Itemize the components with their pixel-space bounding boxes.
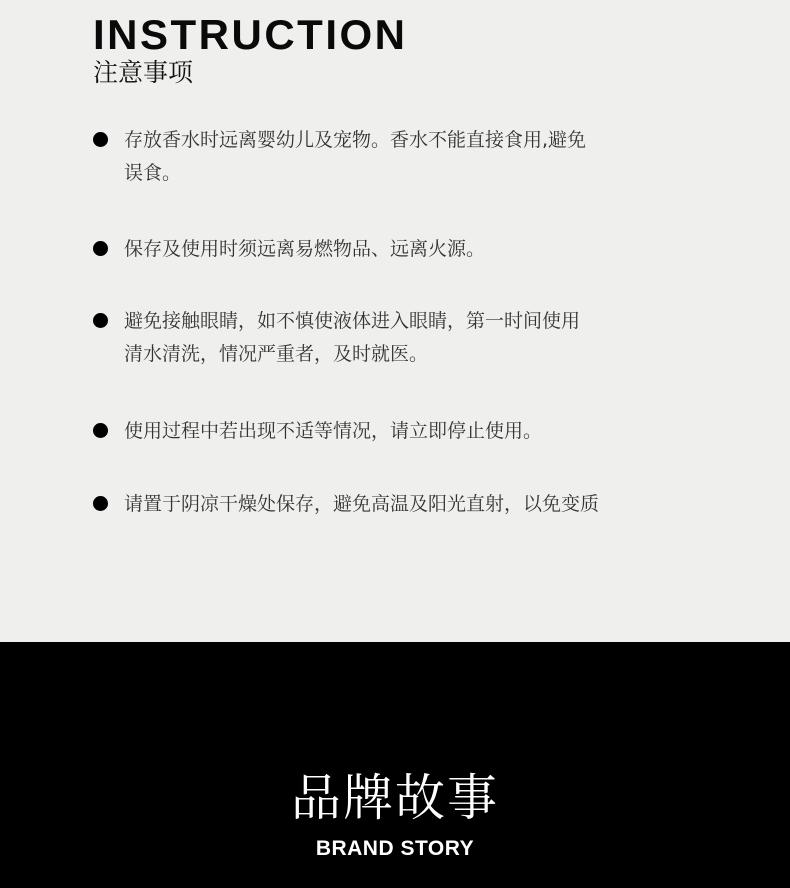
instruction-title-en: INSTRUCTION (93, 12, 408, 58)
bullet-icon (93, 496, 108, 511)
item-text-line: 清水清洗，情况严重者，及时就医。 (124, 338, 664, 371)
brand-story-section: 品牌故事 BRAND STORY (0, 642, 790, 888)
brand-story-title-en: BRAND STORY (0, 837, 790, 861)
item-text-line: 误食。 (124, 157, 664, 190)
brand-story-title-cn: 品牌故事 (0, 768, 790, 828)
bullet-icon (93, 241, 108, 256)
item-text-line: 保存及使用时须远离易燃物品、远离火源。 (124, 233, 664, 266)
instruction-section: INSTRUCTION 注意事项 存放香水时远离婴幼儿及宠物。香水不能直接食用,… (0, 0, 790, 642)
bullet-icon (93, 132, 108, 147)
bullet-icon (93, 313, 108, 328)
item-text-line: 使用过程中若出现不适等情况，请立即停止使用。 (124, 415, 664, 448)
instruction-title-cn: 注意事项 (93, 58, 193, 88)
item-text-line: 存放香水时远离婴幼儿及宠物。香水不能直接食用,避免 (124, 124, 664, 157)
item-text-line: 请置于阴凉干燥处保存，避免高温及阳光直射，以免变质 (124, 488, 664, 521)
item-text-line: 避免接触眼睛，如不慎使液体进入眼睛，第一时间使用 (124, 305, 664, 338)
bullet-icon (93, 423, 108, 438)
